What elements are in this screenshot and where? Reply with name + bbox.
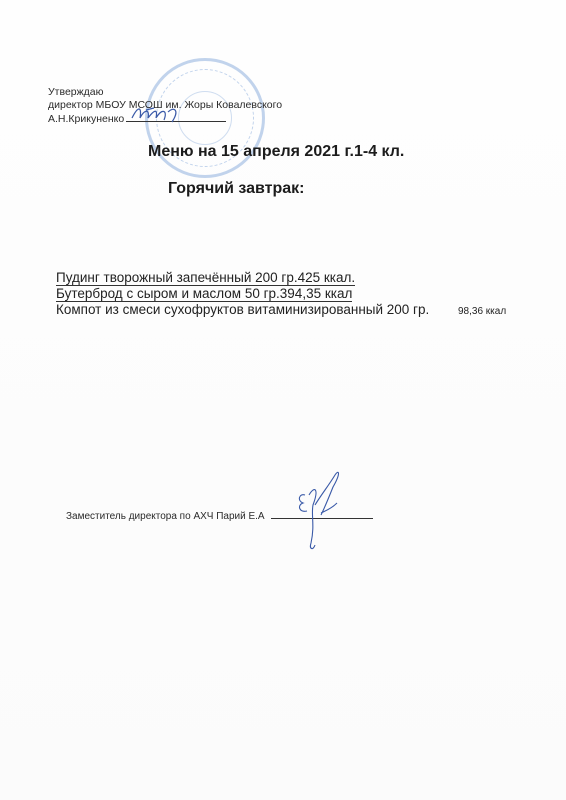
menu-item-text: Пудинг творожный запечённый 200 гр.425 к… (56, 270, 355, 286)
menu-item: Компот из смеси сухофруктов витаминизиро… (56, 302, 429, 318)
menu-item-text: Бутерброд с сыром и маслом 50 гр.394,35 … (56, 286, 352, 302)
page-title: Меню на 15 апреля 2021 г.1-4 кл. (148, 143, 404, 161)
menu-list: Пудинг творожный запечённый 200 гр.425 к… (56, 270, 429, 318)
director-signature-icon (128, 104, 188, 124)
deputy-name: Заместитель директора по АХЧ Парий Е.А (66, 511, 265, 522)
menu-item-kcal: 98,36 ккал (458, 304, 506, 320)
section-heading: Горячий завтрак: (168, 180, 304, 198)
menu-item: Бутерброд с сыром и маслом 50 гр.394,35 … (56, 286, 429, 302)
menu-item-text: Компот из смеси сухофруктов витаминизиро… (56, 302, 429, 317)
approval-signer-name: А.Н.Крикуненко (48, 113, 124, 125)
approval-heading: Утверждаю (48, 86, 282, 99)
deputy-signature-icon (285, 465, 355, 555)
menu-item: Пудинг творожный запечённый 200 гр.425 к… (56, 270, 429, 286)
document-page: Утверждаю директор МБОУ МСОШ им. Жоры Ко… (0, 0, 566, 800)
